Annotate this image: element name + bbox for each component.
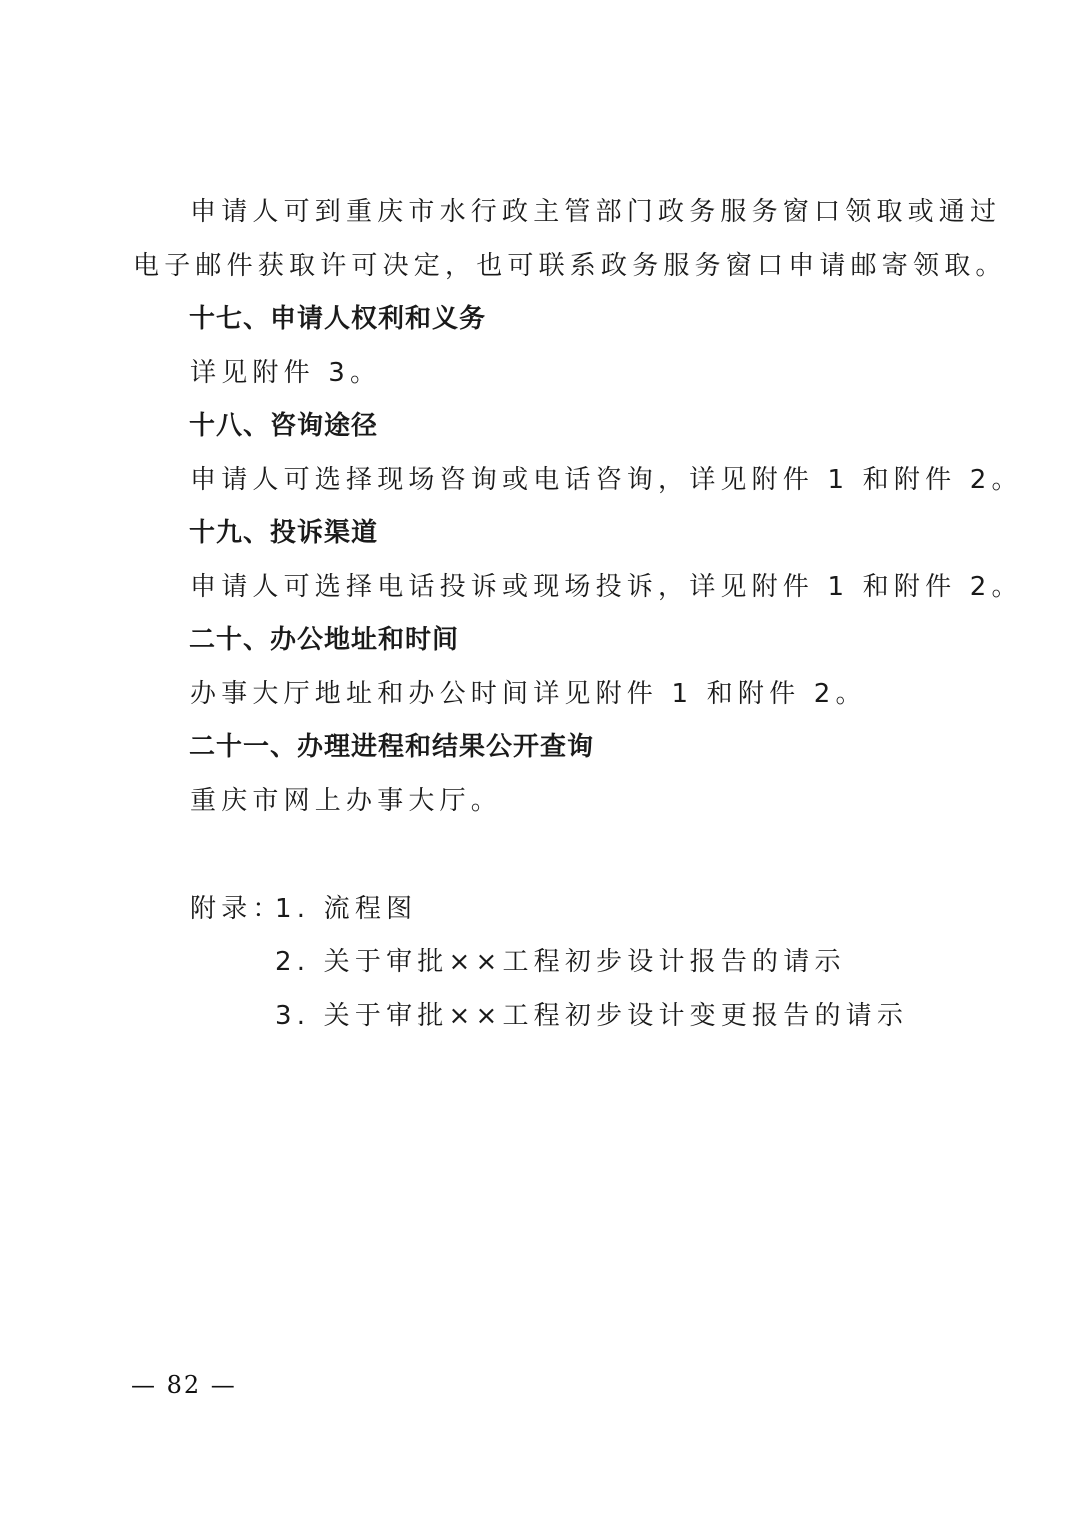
section-heading-20: 二十、办公地址和时间 (189, 624, 459, 656)
section-body-17: 详见附件 3。 (190, 357, 381, 389)
appendix-item-3: 3. 关于审批××工程初步设计变更报告的请示 (275, 1000, 908, 1032)
page-number: — 82 — (131, 1371, 237, 1399)
section-body-18: 申请人可选择现场咨询或电话咨询，详见附件 1 和附件 2。 (190, 464, 1023, 496)
appendix-item-2: 2. 关于审批××工程初步设计报告的请示 (275, 946, 846, 978)
section-body-20: 办事大厅地址和办公时间详见附件 1 和附件 2。 (190, 678, 867, 710)
section-heading-19: 十九、投诉渠道 (189, 517, 378, 549)
section-heading-17: 十七、申请人权利和义务 (189, 303, 486, 335)
intro-line-1: 申请人可到重庆市水行政主管部门政务服务窗口领取或通过 (190, 196, 1001, 228)
intro-line-2: 电子邮件获取许可决定，也可联系政务服务窗口申请邮寄领取。 (133, 250, 1007, 282)
appendix-label: 附录： (190, 893, 284, 925)
appendix-item-1: 1. 流程图 (275, 893, 417, 925)
section-body-19: 申请人可选择电话投诉或现场投诉，详见附件 1 和附件 2。 (190, 571, 1023, 603)
section-body-21: 重庆市网上办事大厅。 (190, 785, 502, 817)
section-heading-21: 二十一、办理进程和结果公开查询 (189, 731, 594, 763)
section-heading-18: 十八、咨询途径 (189, 410, 378, 442)
